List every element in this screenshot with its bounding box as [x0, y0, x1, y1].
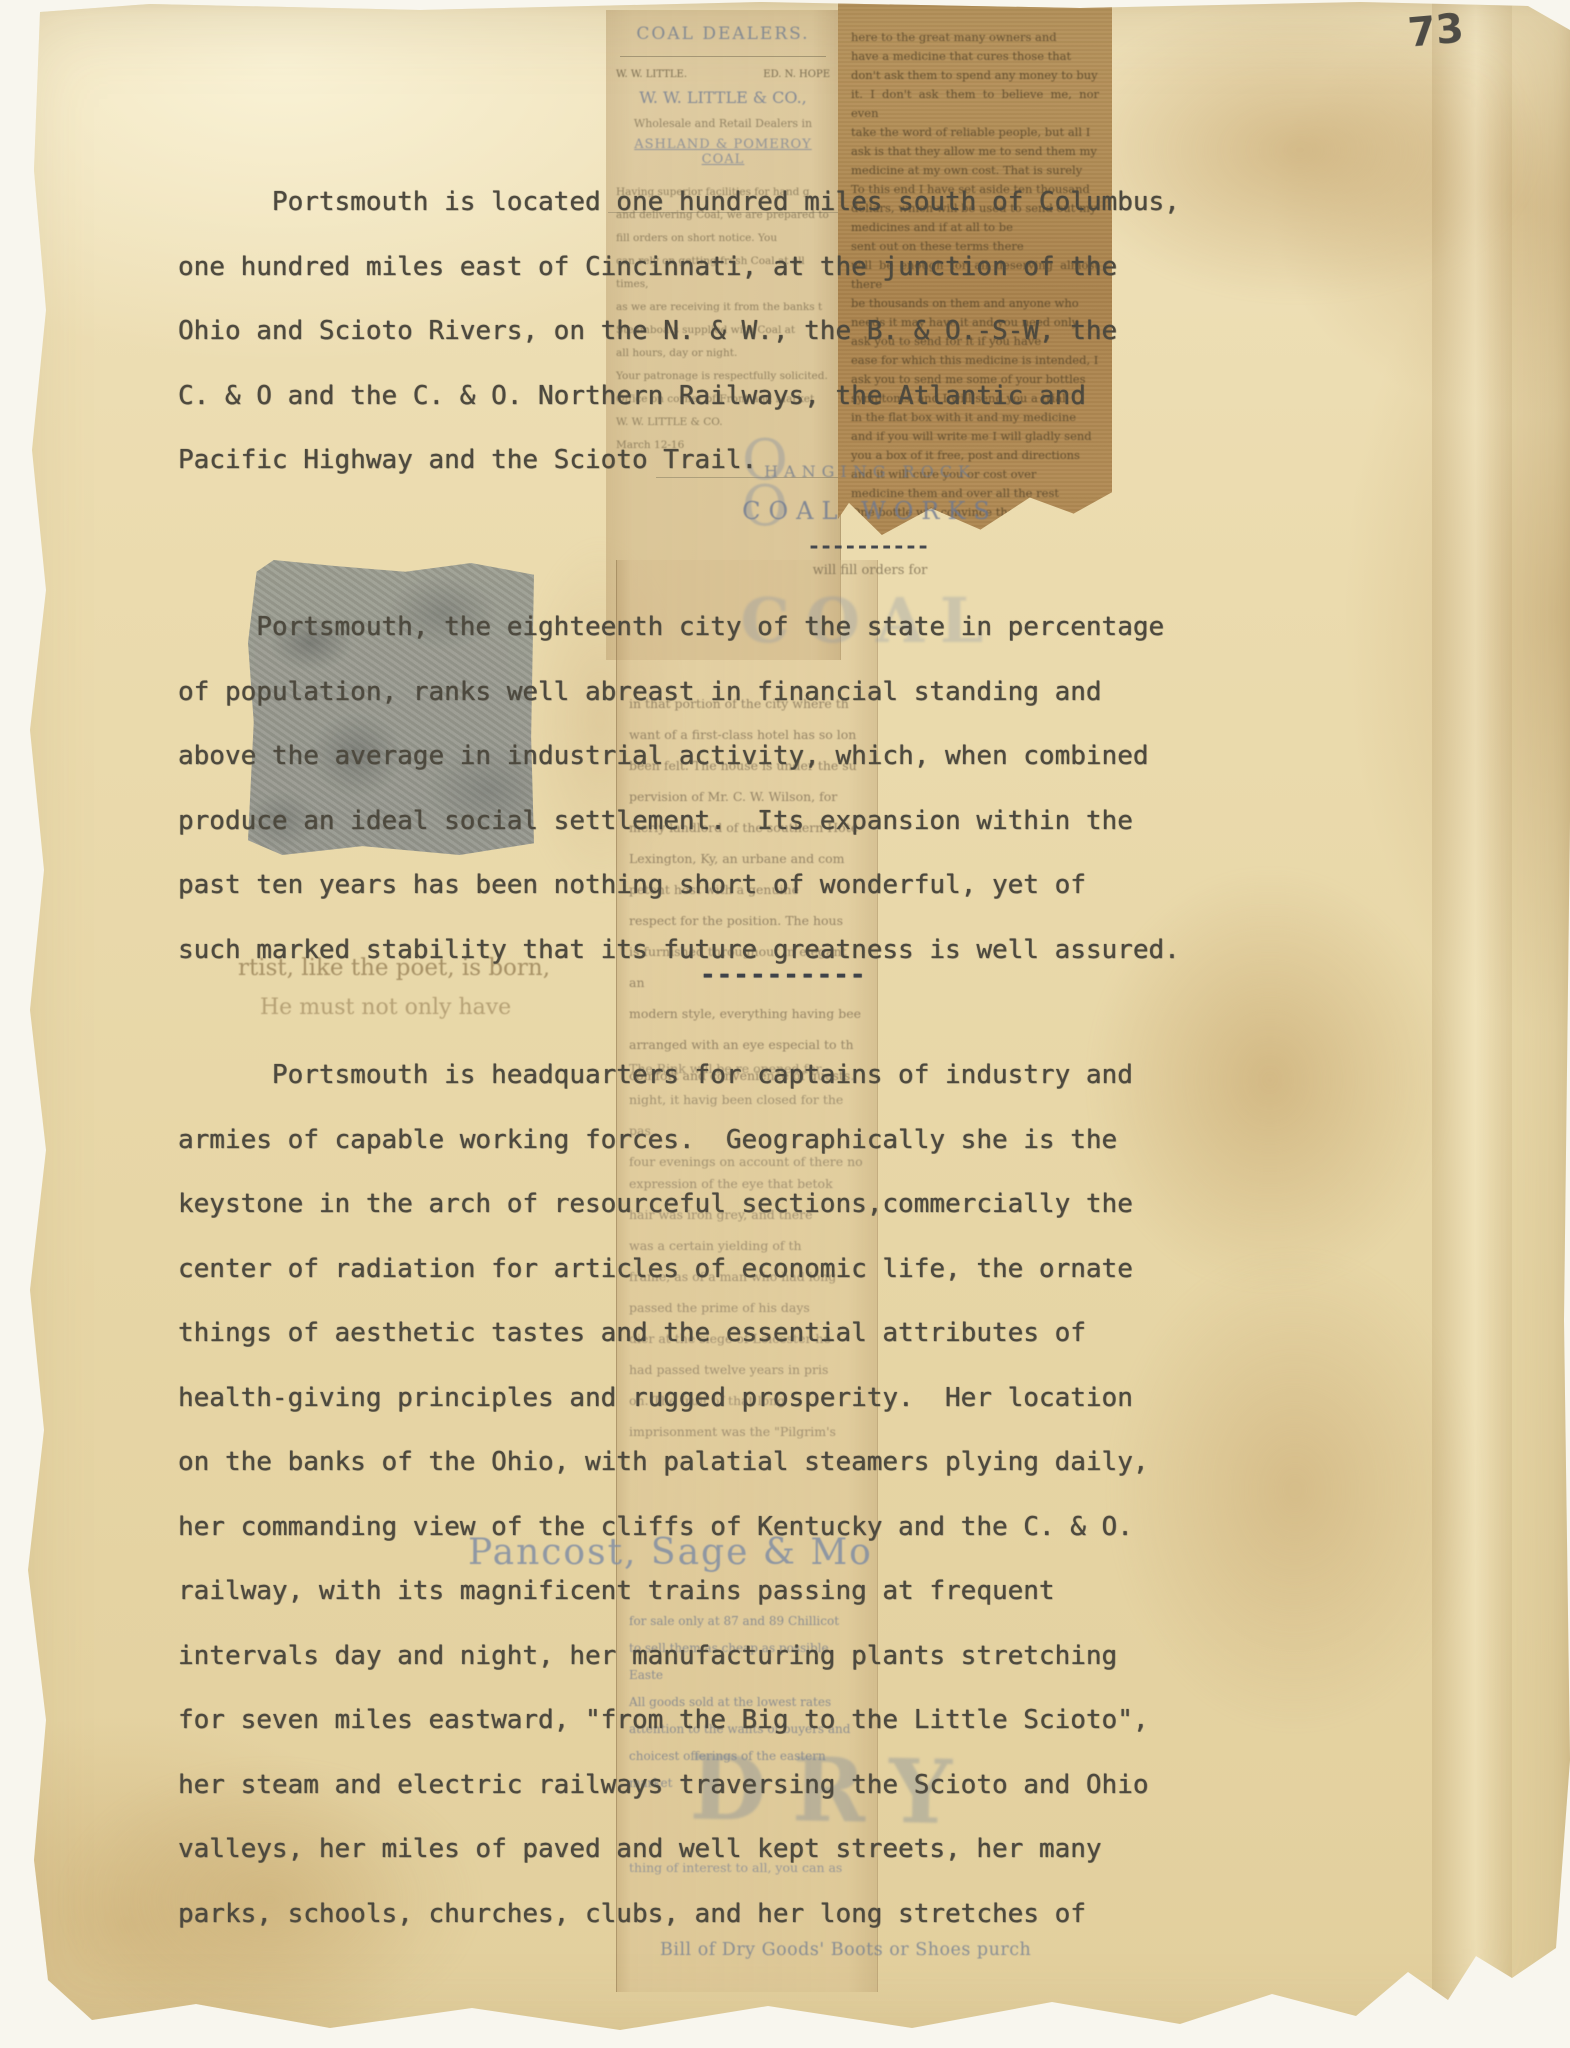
dealer-name-right: ED. N. HOPE [763, 69, 830, 80]
typed-paragraph-3: Portsmouth is headquarters for captains … [178, 1043, 1378, 1946]
clipping-line: ask is that they allow me to send them m… [851, 142, 1099, 161]
typed-line: keystone in the arch of resourceful sect… [178, 1172, 1378, 1237]
paper-crease [1432, 0, 1512, 2048]
printed-dashes: ---------- [700, 533, 1040, 559]
clipping-line: modern style, everything having bee [629, 998, 865, 1029]
clipping-header: COAL DEALERS. [616, 24, 830, 44]
typed-line: above the average in industrial activity… [178, 724, 1378, 789]
typed-line: Pacific Highway and the Scioto Trail. [178, 428, 1378, 493]
coal-works-line: COAL WORKS [700, 497, 1040, 525]
typed-line: center of radiation for articles of econ… [178, 1237, 1378, 1302]
typed-line: of population, ranks well abreast in fin… [178, 660, 1378, 725]
typed-line: her steam and electric railways traversi… [178, 1753, 1378, 1818]
typed-line: C. & O and the C. & O. Northern Railways… [178, 364, 1378, 429]
clipping-line: take the word of reliable people, but al… [851, 123, 1099, 142]
bleedthrough-text: He must not only have [260, 995, 511, 1020]
typed-line: things of aesthetic tastes and the essen… [178, 1301, 1378, 1366]
typed-line: parks, schools, churches, clubs, and her… [178, 1882, 1378, 1947]
clipping-line: it. I don't ask them to believe me, nor … [851, 85, 1099, 123]
clipping-rule [620, 56, 826, 57]
clipping-line: have a medicine that cures those that [851, 47, 1099, 66]
typed-paragraph-1: Portsmouth is located one hundred miles … [178, 170, 1378, 493]
typed-line: one hundred miles east of Cincinnati, at… [178, 235, 1378, 300]
clipping-line: don't ask them to spend any money to buy [851, 66, 1099, 85]
typed-line: for seven miles eastward, "from the Big … [178, 1688, 1378, 1753]
dealer-name-left: W. W. LITTLE. [616, 69, 687, 80]
typed-line: past ten years has been nothing short of… [178, 853, 1378, 918]
typed-line: intervals day and night, her manufacturi… [178, 1624, 1378, 1689]
typed-line: valleys, her miles of paved and well kep… [178, 1817, 1378, 1882]
typed-line: armies of capable working forces. Geogra… [178, 1108, 1378, 1173]
scrapbook-page: COAL DEALERS. W. W. LITTLE. ED. N. HOPE … [0, 0, 1570, 2048]
firm-name: W. W. LITTLE & CO., [616, 88, 830, 107]
typed-line: her commanding view of the cliffs of Ken… [178, 1495, 1378, 1560]
typed-line: produce an ideal social settlement. Its … [178, 789, 1378, 854]
typed-line: health-giving principles and rugged pros… [178, 1366, 1378, 1431]
typed-line: Portsmouth is located one hundred miles … [178, 170, 1378, 235]
page-number: 73 [1406, 6, 1465, 57]
typed-line: railway, with its magnificent trains pas… [178, 1559, 1378, 1624]
typed-line: Ohio and Scioto Rivers, on the N. & W., … [178, 299, 1378, 364]
typed-line: Portsmouth is headquarters for captains … [178, 1043, 1378, 1108]
typed-paragraph-2: Portsmouth, the eighteenth city of the s… [178, 595, 1378, 982]
firm-subtitle: Wholesale and Retail Dealers in [616, 117, 830, 130]
product-line: ASHLAND & POMEROY COAL [616, 137, 830, 167]
clipping-line: here to the great many owners and [851, 28, 1099, 47]
typed-dashed-separator: ---------- [700, 960, 867, 990]
typed-line: on the banks of the Ohio, with palatial … [178, 1430, 1378, 1495]
coal-works-line: will fill orders for [700, 563, 1040, 578]
typed-line: Portsmouth, the eighteenth city of the s… [178, 595, 1378, 660]
